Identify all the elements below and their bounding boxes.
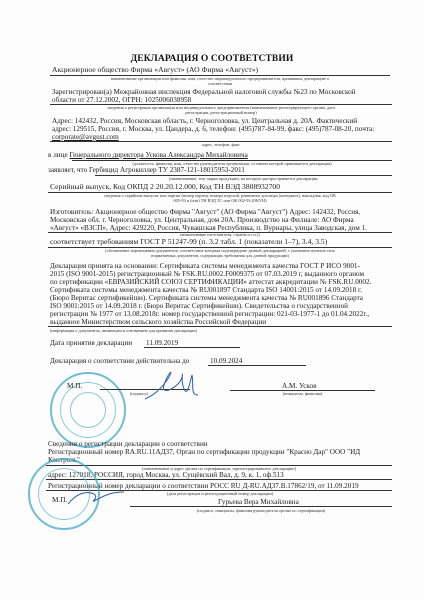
represented-by-prefix: в лице <box>48 151 69 159</box>
manufacturer-line-2: Московская обл. г. Черноголовка, ул. Цен… <box>50 216 354 224</box>
registration-number-caption: (дата регистрации и регистрационный номе… <box>140 491 300 496</box>
address-line-2: адрес: 129515, Россия, г. Москва, ул. Ца… <box>52 125 374 133</box>
applicant-name-caption-2: соответствии <box>50 81 390 86</box>
divider <box>208 365 306 366</box>
accepted-date-value: 11.09.2019 <box>146 339 178 347</box>
certifier-signature-icon <box>66 488 126 508</box>
manufacturer-line-1: Изготовитель: Акционерное общество Фирма… <box>50 208 360 216</box>
registration-line-1: Зарегистрирован(а) Межрайонная инспекция… <box>52 88 356 96</box>
basis-line: (Бюро Веритас сертификейшн). Сертификата… <box>50 294 363 302</box>
address-line-1: Адрес: 142432, Россия, Московская област… <box>52 117 357 125</box>
registration-body-1: Регистрационный номер RA.RU.11АД37, Орга… <box>48 448 360 456</box>
registration-mp-label: М.П. <box>52 496 67 504</box>
product-line: заявляет, что Гербицид Агрокиллер ТУ 238… <box>48 166 245 174</box>
basis-line: ISO 9001:2015 от 14.09.2018 г. (Бюро Вер… <box>50 302 348 310</box>
serial-info: Серийный выпуск, Код ОКПД 2 20.20.12.000… <box>50 183 280 191</box>
conformity-caption-2: нормативных документов, содержащих требо… <box>48 253 392 258</box>
manufacturer-line-3: «Август» «ВЗСП», Адрес: 429220, Россия, … <box>50 224 367 232</box>
address-email[interactable]: corporate@avgust.com <box>52 133 119 141</box>
basis-line: Декларация принята на основании: Сертифи… <box>50 262 360 270</box>
accepted-date-label: Дата принятия декларации <box>50 339 132 347</box>
divider <box>46 479 392 480</box>
product-name: Гербицид Агрокиллер ТУ 2387-121-18015953… <box>89 166 245 174</box>
represented-by: в лице Генерального директора Ускова Але… <box>48 151 248 159</box>
document-title: ДЕКЛАРАЦИЯ О СООТВЕТСТВИИ <box>0 54 424 64</box>
basis-line: регистрации № 1977 от 13.08.2018г. номер… <box>50 310 369 318</box>
address-caption: адрес, телефон, факс <box>50 142 392 147</box>
declaration-page: ДЕКЛАРАЦИЯ О СООТВЕТСТВИИ Акционерное об… <box>0 0 424 600</box>
registration-heading: Сведения о регистрации декларации о соот… <box>48 440 208 448</box>
declares-prefix: заявляет, что <box>48 166 89 174</box>
represented-by-name: Генерального директора Ускова Александра… <box>69 151 247 159</box>
applicant-name: Акционерное общество Фирма «Август» (АО … <box>52 66 258 74</box>
registration-line-2: области от 27.12.2002, ОГРН: 10250060389… <box>52 96 191 104</box>
valid-until-value: 10.09.2024 <box>210 357 242 365</box>
conformity-text: соответствует требованиям ГОСТ Р 51247-9… <box>50 238 327 246</box>
registration-caption-2: регистрации, регистрационный номер) <box>50 110 392 115</box>
basis-caption: (информация о документах, являющихся осн… <box>50 328 197 333</box>
valid-until-label: Декларация о соответствии действительна … <box>50 357 189 365</box>
divider <box>48 326 392 327</box>
signature-icon <box>140 365 200 405</box>
company-stamp <box>50 372 126 448</box>
certification-head-name: Гурьева Вера Михайловна <box>218 498 299 506</box>
basis-line: 2015 (ISO 9001-2015) регистрационный № F… <box>50 270 364 278</box>
divider <box>144 347 240 348</box>
signer-name: А.М. Усков <box>282 382 317 390</box>
basis-line: выданное Министерством сельского хозяйст… <box>50 318 266 326</box>
mp-label: М.П. <box>67 382 82 390</box>
product-caption: (наименование, тип, марка продукции, на … <box>95 176 392 181</box>
serial-caption-2: 005-93 и (или) ТН ВЭД ТС или ОК 002-93 (… <box>48 198 392 203</box>
signer-caption: (инициалы, фамилия) <box>230 391 375 396</box>
basis-line: Сертификата системы менеджмента качества… <box>50 286 362 294</box>
certification-head-caption: (подпись, инициалы, фамилия руководителя… <box>130 508 392 513</box>
basis-line: по сертификации «ЕВРАЗИЙСКИЙ СОЮЗ СЕРТИФ… <box>50 278 371 286</box>
divider <box>130 506 392 507</box>
